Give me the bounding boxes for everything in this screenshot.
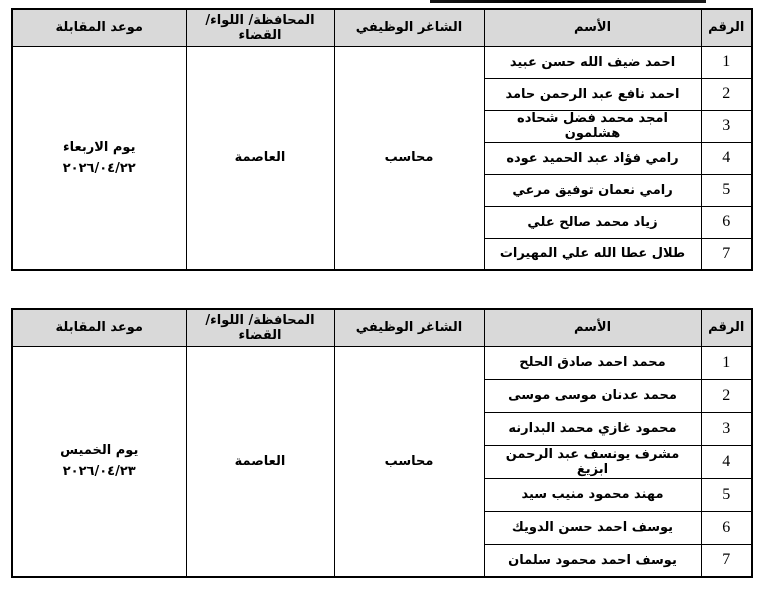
candidate-name: مهند محمود منيب سيد: [484, 478, 701, 511]
row-number: 5: [701, 478, 752, 511]
candidate-name: محمد عدنان موسى موسى: [484, 379, 701, 412]
header-governorate: المحافظة/ اللواء/ القضاء: [186, 309, 334, 346]
candidate-name: زياد محمد صالح علي: [484, 206, 701, 238]
row-number: 6: [701, 206, 752, 238]
candidate-name: رامي نعمان توفيق مرعي: [484, 174, 701, 206]
header-number: الرقم: [701, 9, 752, 46]
row-number: 1: [701, 46, 752, 78]
interview-date-cell: يوم الخميس ٢٠٢٦/٠٤/٢٣: [12, 346, 186, 577]
header-vacancy: الشاغر الوظيفي: [334, 309, 484, 346]
interview-date: ٢٠٢٦/٠٤/٢٢: [17, 158, 182, 179]
table-row: 1 احمد ضيف الله حسن عبيد محاسب العاصمة ي…: [12, 46, 752, 78]
clipped-title-underline: [430, 0, 706, 3]
vacancy-cell: محاسب: [334, 346, 484, 577]
governorate-cell: العاصمة: [186, 346, 334, 577]
interview-day: يوم الاربعاء: [17, 137, 182, 158]
candidate-name: رامي فؤاد عبد الحميد عوده: [484, 142, 701, 174]
candidate-name: طلال عطا الله علي المهيرات: [484, 238, 701, 270]
row-number: 7: [701, 238, 752, 270]
candidate-name: محمد احمد صادق الحلح: [484, 346, 701, 379]
row-number: 5: [701, 174, 752, 206]
candidate-name: احمد ضيف الله حسن عبيد: [484, 46, 701, 78]
header-name: الأسم: [484, 309, 701, 346]
interview-table-1: الرقم الأسم الشاغر الوظيفي المحافظة/ الل…: [11, 8, 753, 271]
header-number: الرقم: [701, 309, 752, 346]
row-number: 3: [701, 412, 752, 445]
header-governorate: المحافظة/ اللواء/ القضاء: [186, 9, 334, 46]
header-interview-date: موعد المقابلة: [12, 309, 186, 346]
row-number: 3: [701, 110, 752, 142]
table-header-row: الرقم الأسم الشاغر الوظيفي المحافظة/ الل…: [12, 9, 752, 46]
table-header-row: الرقم الأسم الشاغر الوظيفي المحافظة/ الل…: [12, 309, 752, 346]
candidate-name: يوسف احمد محمود سلمان: [484, 544, 701, 577]
document-page: الرقم الأسم الشاغر الوظيفي المحافظة/ الل…: [0, 0, 779, 595]
header-interview-date: موعد المقابلة: [12, 9, 186, 46]
interview-table-2: الرقم الأسم الشاغر الوظيفي المحافظة/ الل…: [11, 308, 753, 578]
candidate-name: احمد نافع عبد الرحمن حامد: [484, 78, 701, 110]
row-number: 4: [701, 142, 752, 174]
interview-day: يوم الخميس: [17, 440, 182, 461]
row-number: 1: [701, 346, 752, 379]
header-vacancy: الشاغر الوظيفي: [334, 9, 484, 46]
row-number: 2: [701, 379, 752, 412]
row-number: 4: [701, 445, 752, 478]
candidate-name: محمود غازي محمد البدارنه: [484, 412, 701, 445]
candidate-name: مشرف يونسف عبد الرحمن ابزيغ: [484, 445, 701, 478]
candidate-name: امجد محمد فضل شحاده هشلمون: [484, 110, 701, 142]
header-name: الأسم: [484, 9, 701, 46]
row-number: 2: [701, 78, 752, 110]
vacancy-cell: محاسب: [334, 46, 484, 270]
governorate-cell: العاصمة: [186, 46, 334, 270]
interview-date: ٢٠٢٦/٠٤/٢٣: [17, 461, 182, 482]
candidate-name: يوسف احمد حسن الدويك: [484, 511, 701, 544]
table-row: 1 محمد احمد صادق الحلح محاسب العاصمة يوم…: [12, 346, 752, 379]
row-number: 6: [701, 511, 752, 544]
row-number: 7: [701, 544, 752, 577]
interview-date-cell: يوم الاربعاء ٢٠٢٦/٠٤/٢٢: [12, 46, 186, 270]
